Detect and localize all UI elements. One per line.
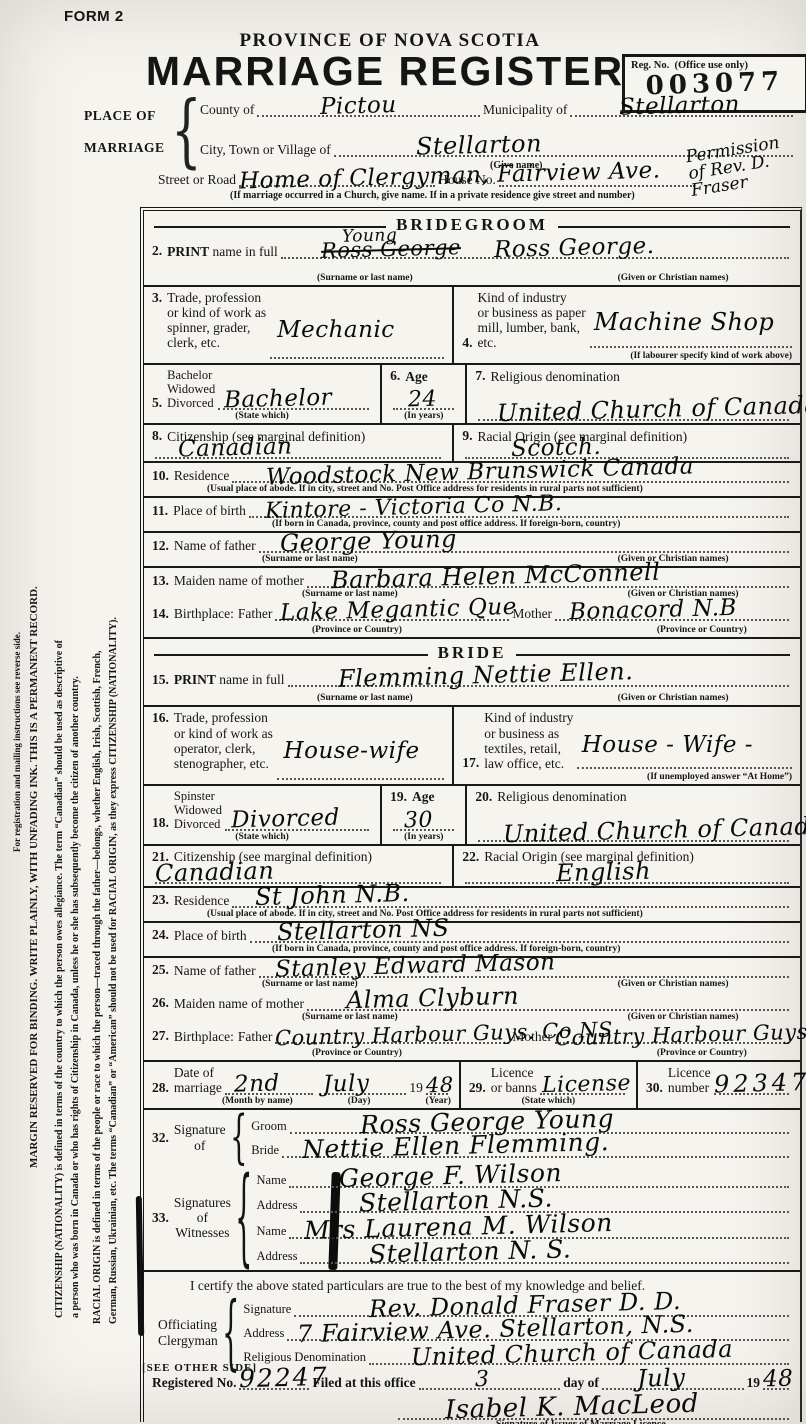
field-bride-trade: 16. Trade, profession or kind of work as… xyxy=(144,707,452,783)
given-names-caption: (Given or Christian names) xyxy=(618,273,729,283)
bride-age-value: 30 xyxy=(404,807,434,833)
field-bride-status-age-religion: 18. Spinster Widowed Divorced Divorced (… xyxy=(144,784,800,844)
field-groom-religion: 7.Religious denomination United Church o… xyxy=(465,365,800,423)
field-groom-trade: 3. Trade, profession or kind of work as … xyxy=(144,287,452,363)
print-bold-label: PRINT xyxy=(174,672,216,687)
clergyman-signature-label: Signature xyxy=(243,1302,291,1317)
field-groom-age: 6.Age 24 (In years) xyxy=(380,365,465,423)
at-home-caption: (If unemployed answer “At Home”) xyxy=(647,772,792,782)
field-marriage-date-licence: 28. Date of marriage 2nd July 19 48 (Mon… xyxy=(144,1060,800,1108)
groom-signature-label: Groom xyxy=(251,1119,286,1134)
field-date-of-marriage: 28. Date of marriage 2nd July 19 48 (Mon… xyxy=(144,1062,459,1108)
county-value: Pictou xyxy=(319,92,396,120)
field-number: 2. xyxy=(152,243,162,259)
birthplace-label: Birthplace: xyxy=(174,1029,234,1044)
issuer-signature-line: Isabel K. MacLeod Signature of Issuer of… xyxy=(144,1392,800,1422)
given-names-caption: (Given or Christian names) xyxy=(628,1012,739,1022)
place-of-birth-label: Place of birth xyxy=(173,503,246,518)
bachelor-widowed-divorced-label: Bachelor Widowed Divorced xyxy=(167,368,215,410)
name-in-full-label: name in full xyxy=(219,672,284,687)
place-of-label: PLACE OF xyxy=(84,108,156,124)
bride-birthplace-value: Stellarton NS xyxy=(276,915,449,947)
date-of-marriage-label: Date of marriage xyxy=(174,1065,222,1095)
signatures-witnesses-label: Signatures of Witnesses xyxy=(174,1195,231,1240)
county-municipality-line: County of Pictou Municipality of Stellar… xyxy=(200,100,796,117)
religion-label: Religious denomination xyxy=(497,789,626,804)
province-country-caption: (Province or Country) xyxy=(312,1048,402,1058)
field-bride-parents-birthplace: 27. Birthplace: Father Country Harbour G… xyxy=(144,1024,800,1060)
city-label: City, Town or Village of xyxy=(200,142,331,157)
industry-label: Kind of industry or business as paper mi… xyxy=(477,290,585,350)
witness-2-address: Stellarton N. S. xyxy=(369,1234,572,1268)
bride-trade-value: House-wife xyxy=(284,738,420,764)
birthplace-label: Birthplace: xyxy=(174,606,234,621)
field-number: 22. xyxy=(462,849,479,865)
field-number: 6. xyxy=(390,368,400,384)
officiating-clergyman-label: Officiating Clergyman xyxy=(158,1317,218,1347)
field-number: 23. xyxy=(152,892,169,908)
groom-status-value: Bachelor xyxy=(224,385,333,414)
bride-racial-origin-value: English xyxy=(556,857,652,887)
given-names-caption: (Given or Christian names) xyxy=(618,979,729,989)
field-groom-industry: 4. Kind of industry or business as paper… xyxy=(452,287,800,363)
reg-no-label: Reg. No. xyxy=(631,60,669,71)
licence-number-label: Licence number xyxy=(668,1065,711,1095)
field-number: 28. xyxy=(152,1080,169,1096)
field-groom-parents-birthplace: 14. Birthplace: Father Lake Megantic Que… xyxy=(144,601,800,637)
field-groom-status-age-religion: 5. Bachelor Widowed Divorced Bachelor (S… xyxy=(144,363,800,423)
father-label: Father xyxy=(238,1029,273,1044)
groom-name-struck: Ross George xyxy=(321,235,462,263)
field-number: 32. xyxy=(152,1130,169,1146)
surname-caption: (Surname or last name) xyxy=(317,273,413,283)
bridegroom-title: BRIDEGROOM xyxy=(396,215,548,235)
field-number: 9. xyxy=(462,428,472,444)
maiden-name-mother-label: Maiden name of mother xyxy=(174,996,304,1011)
field-number: 19. xyxy=(390,789,407,805)
province-country-caption: (Province or Country) xyxy=(657,625,747,635)
field-number: 33. xyxy=(152,1210,169,1226)
field-number: 11. xyxy=(152,503,168,519)
field-number: 7. xyxy=(475,368,485,384)
field-bride-trade-industry: 16. Trade, profession or kind of work as… xyxy=(144,705,800,783)
field-bride-industry: 17. Kind of industry or business as text… xyxy=(452,707,800,783)
field-number: 24. xyxy=(152,927,169,943)
margin-note-registration: For registration and mailing instruction… xyxy=(12,632,22,852)
see-other-side-note: [SEE OTHER SIDE] xyxy=(142,1362,257,1374)
clergyman-address-label: Address xyxy=(243,1326,284,1341)
filed-year-value: 48 xyxy=(763,1366,794,1393)
marriage-year-value: 48 xyxy=(426,1073,454,1098)
witness-address-label: Address xyxy=(257,1249,298,1264)
field-bride-print-name: 15. PRINT name in full Flemming Nettie E… xyxy=(144,667,800,705)
groom-industry-value: Machine Shop xyxy=(594,309,774,337)
certification-text: I certify the above stated particulars a… xyxy=(144,1272,800,1294)
bride-industry-value: House - Wife - xyxy=(582,732,753,758)
bride-signature-value: Nettie Ellen Flemming. xyxy=(302,1127,610,1164)
residence-label: Residence xyxy=(174,468,229,483)
licence-banns-label: Licence or banns xyxy=(491,1065,537,1095)
witness-address-label: Address xyxy=(257,1198,298,1213)
day-of-label: day of xyxy=(563,1375,599,1390)
field-number: 3. xyxy=(152,290,162,361)
municipality-label: Municipality of xyxy=(483,102,567,117)
bride-mother-value: Alma Clyburn xyxy=(345,983,519,1015)
field-number: 10. xyxy=(152,468,169,484)
margin-note-binding: MARGIN RESERVED FOR BINDING. WRITE PLAIN… xyxy=(28,586,40,1168)
in-years-caption: (In years) xyxy=(404,411,443,421)
groom-religion-value: United Church of Canada xyxy=(497,391,806,427)
field-signatures-witnesses: 33. Signatures of Witnesses { Name Georg… xyxy=(144,1164,800,1270)
marriage-month-value: July xyxy=(323,1070,370,1098)
field-bride-citizenship-race: 21.Citizenship (see marginal definition)… xyxy=(144,844,800,886)
groom-citizenship-value: Canadian xyxy=(178,434,293,463)
age-label: Age xyxy=(405,369,428,384)
field-number: 12. xyxy=(152,538,169,554)
field-number: 17. xyxy=(462,755,479,771)
groom-father-value: George Young xyxy=(279,526,457,558)
province-country-caption: (Province or Country) xyxy=(657,1048,747,1058)
margin-note-racial-origin-2: German, Russian, Ukrainian, etc. The ter… xyxy=(108,617,119,1324)
certification-block: I certify the above stated particulars a… xyxy=(144,1270,800,1370)
field-groom-trade-industry: 3. Trade, profession or kind of work as … xyxy=(144,285,800,363)
field-groom-birthplace: 11. Place of birth Kintore - Victoria Co… xyxy=(144,496,800,531)
margin-note-citizenship-2: a person who was born in Canada or who h… xyxy=(70,676,81,1318)
spinster-widowed-divorced-label: Spinster Widowed Divorced xyxy=(174,789,222,831)
bride-religion-value: United Church of Canada xyxy=(503,812,806,848)
marriage-label: MARRIAGE xyxy=(84,140,165,156)
witness-name-label: Name xyxy=(257,1224,287,1239)
page-title: MARRIAGE REGISTER xyxy=(140,48,630,95)
register-table: BRIDEGROOM 2. PRINT name in full Young R… xyxy=(140,207,802,1422)
field-number: 30. xyxy=(646,1080,663,1096)
registered-no-label: Registered No. xyxy=(152,1375,236,1390)
name-of-father-label: Name of father xyxy=(174,538,256,553)
bride-residence-value: St John N.B. xyxy=(254,880,409,912)
age-label: Age xyxy=(412,789,435,804)
field-number: 14. xyxy=(152,606,169,622)
margin-note-racial-origin-1: RACIAL ORIGIN is defined in terms of the… xyxy=(92,651,103,1324)
bride-signature-label: Bride xyxy=(251,1143,279,1158)
field-number: 15. xyxy=(152,672,169,688)
field-licence-number: 30. Licence number 92347. xyxy=(636,1062,800,1108)
print-bold-label: PRINT xyxy=(167,244,209,259)
industry-label: Kind of industry or business as textiles… xyxy=(484,710,573,770)
licence-banns-value: License xyxy=(541,1071,631,1099)
field-number: 27. xyxy=(152,1028,169,1044)
issuer-caption: Signature of Issuer of Marriage Licence xyxy=(496,1419,666,1424)
municipality-value: Stellarton xyxy=(619,91,741,120)
margin-note-citizenship-1: CITIZENSHIP (NATIONALITY) is defined in … xyxy=(54,640,65,1318)
field-bride-marital-status: 18. Spinster Widowed Divorced Divorced (… xyxy=(144,786,380,844)
field-bride-religion: 20.Religious denomination United Church … xyxy=(465,786,800,844)
day-caption: (Day) xyxy=(348,1096,371,1106)
field-number: 13. xyxy=(152,573,169,589)
bridegroom-section-header: BRIDEGROOM xyxy=(144,211,800,239)
field-number: 5. xyxy=(152,395,162,411)
field-number: 26. xyxy=(152,995,169,1011)
licence-number-value: 92347. xyxy=(713,1068,806,1098)
field-number: 25. xyxy=(152,962,169,978)
county-label: County of xyxy=(200,102,254,117)
field-number: 8. xyxy=(152,428,162,444)
street-label: Street or Road xyxy=(158,172,236,187)
witnesses-brace: { xyxy=(235,1156,252,1280)
field-number: 20. xyxy=(475,789,492,805)
street-road-line: Street or Road Home of Clergyman, Fairvi… xyxy=(158,170,698,187)
year-caption: (Year) xyxy=(426,1096,451,1106)
field-bride-mother: 26. Maiden name of mother Alma Clyburn (… xyxy=(144,991,800,1024)
groom-trade-value: Mechanic xyxy=(277,317,395,343)
father-label: Father xyxy=(238,606,273,621)
maiden-name-mother-label: Maiden name of mother xyxy=(174,573,304,588)
field-bride-age: 19.Age 30 (In years) xyxy=(380,786,465,844)
groom-name-value: Ross George. xyxy=(494,232,655,263)
field-number: 29. xyxy=(469,1080,486,1096)
witness-name-label: Name xyxy=(257,1173,287,1188)
bride-name-value: Flemming Nettie Ellen. xyxy=(337,658,633,693)
place-brace: { xyxy=(171,85,202,178)
field-groom-citizenship: 8.Citizenship (see marginal definition) … xyxy=(144,425,452,461)
field-groom-father: 12. Name of father George Young (Surname… xyxy=(144,531,800,566)
trade-label: Trade, profession or kind of work as spi… xyxy=(167,290,266,361)
signature-of-label: Signature of xyxy=(174,1122,226,1152)
name-in-full-label: name in full xyxy=(213,244,278,259)
field-groom-marital-status: 5. Bachelor Widowed Divorced Bachelor (S… xyxy=(144,365,380,423)
mother-label: Mother xyxy=(512,606,552,621)
labourer-caption: (If labourer specify kind of work above) xyxy=(630,351,792,361)
given-names-caption: (Given or Christian names) xyxy=(618,693,729,703)
field-number: 4. xyxy=(462,335,472,351)
province-country-caption: (Province or Country) xyxy=(312,625,402,635)
filed-day-value: 3 xyxy=(475,1367,490,1392)
in-years-caption: (In years) xyxy=(404,832,443,842)
groom-mother-birthplace-value: Bonacord N.B xyxy=(569,595,738,626)
city-value: Stellarton xyxy=(416,129,543,160)
trade-label: Trade, profession or kind of work as ope… xyxy=(174,710,273,781)
field-licence-or-banns: 29. Licence or banns License (State whic… xyxy=(459,1062,636,1108)
field-groom-residence: 10. Residence Woodstock New Brunswick Ca… xyxy=(144,461,800,496)
year-prefix: 19 xyxy=(409,1080,423,1095)
field-groom-print-name: 2. PRINT name in full Young Ross George … xyxy=(144,239,800,285)
groom-age-value: 24 xyxy=(408,387,438,413)
surname-caption: (Surname or last name) xyxy=(317,693,413,703)
marriage-register-document: For registration and mailing instruction… xyxy=(0,0,806,1424)
bride-status-value: Divorced xyxy=(230,805,340,834)
place-of-birth-label: Place of birth xyxy=(174,928,247,943)
residence-label: Residence xyxy=(174,893,229,908)
religion-label: Religious denomination xyxy=(491,369,620,384)
field-bride-racial-origin: 22.Racial Origin (see marginal definitio… xyxy=(452,846,800,886)
street-caption: (If marriage occurred in a Church, give … xyxy=(230,190,635,201)
groom-father-birthplace-value: Lake Megantic Que xyxy=(280,594,517,627)
name-of-father-label: Name of father xyxy=(174,963,256,978)
field-number: 18. xyxy=(152,815,169,831)
field-bride-residence: 23. Residence St John N.B. (Usual place … xyxy=(144,886,800,921)
field-number: 16. xyxy=(152,710,169,781)
form-number: FORM 2 xyxy=(64,8,124,25)
field-groom-citizenship-race: 8.Citizenship (see marginal definition) … xyxy=(144,423,800,461)
marriage-day-value: 2nd xyxy=(233,1070,279,1098)
year-prefix: 19 xyxy=(747,1375,761,1390)
